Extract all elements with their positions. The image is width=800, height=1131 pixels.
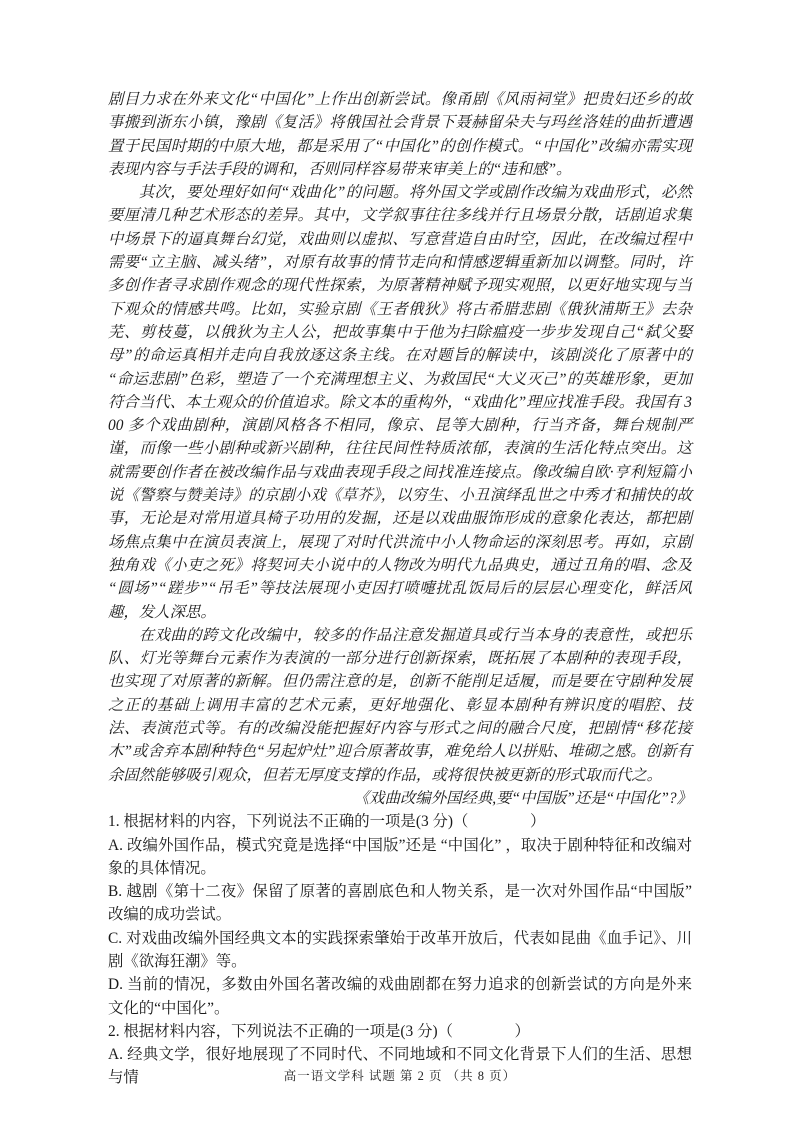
question-1-option-b: B. 越剧《第十二夜》保留了原著的喜剧底色和人物关系，是一次对外国作品“中国版”… (108, 880, 692, 927)
question-1-option-d: D. 当前的情况，多数由外国名著改编的戏曲剧都在努力追求的创新尝试的方向是外来文… (108, 973, 692, 1020)
passage-source-title: 《戏曲改编外国经典,要“中国版”还是“中国化”?》 (108, 787, 692, 810)
passage-paragraph-3: 在戏曲的跨文化改编中，较多的作品注意发掘道具或行当本身的表意性，或把乐队、灯光等… (108, 624, 692, 787)
question-1-option-c: C. 对戏曲改编外国经典文本的实践探索肇始于改革开放后，代表如昆曲《血手记》、川… (108, 927, 692, 974)
question-1-option-a: A. 改编外国作品，模式究竟是选择“中国版”还是 “中国化” ，取决于剧种特征和… (108, 834, 692, 881)
question-1-stem: 1. 根据材料的内容，下列说法不正确的一项是(3 分)（ ） (108, 810, 692, 833)
page-content: 剧目力求在外来文化“中国化”上作出创新尝试。像甬剧《风雨祠堂》把贵妇还乡的故事搬… (108, 88, 692, 1090)
exam-page: 剧目力求在外来文化“中国化”上作出创新尝试。像甬剧《风雨祠堂》把贵妇还乡的故事搬… (0, 0, 800, 1131)
passage-paragraph-2: 其次，要处理好如何“戏曲化”的问题。将外国文学或剧作改编为戏曲形式，必然要厘清几… (108, 181, 692, 624)
passage-paragraph-1: 剧目力求在外来文化“中国化”上作出创新尝试。像甬剧《风雨祠堂》把贵妇还乡的故事搬… (108, 88, 692, 181)
question-2-stem: 2. 根据材料内容，下列说法不正确的一项是(3 分)（ ） (108, 1020, 692, 1043)
page-footer: 高一语文学科 试题 第 2 页 （共 8 页） (0, 1066, 800, 1084)
